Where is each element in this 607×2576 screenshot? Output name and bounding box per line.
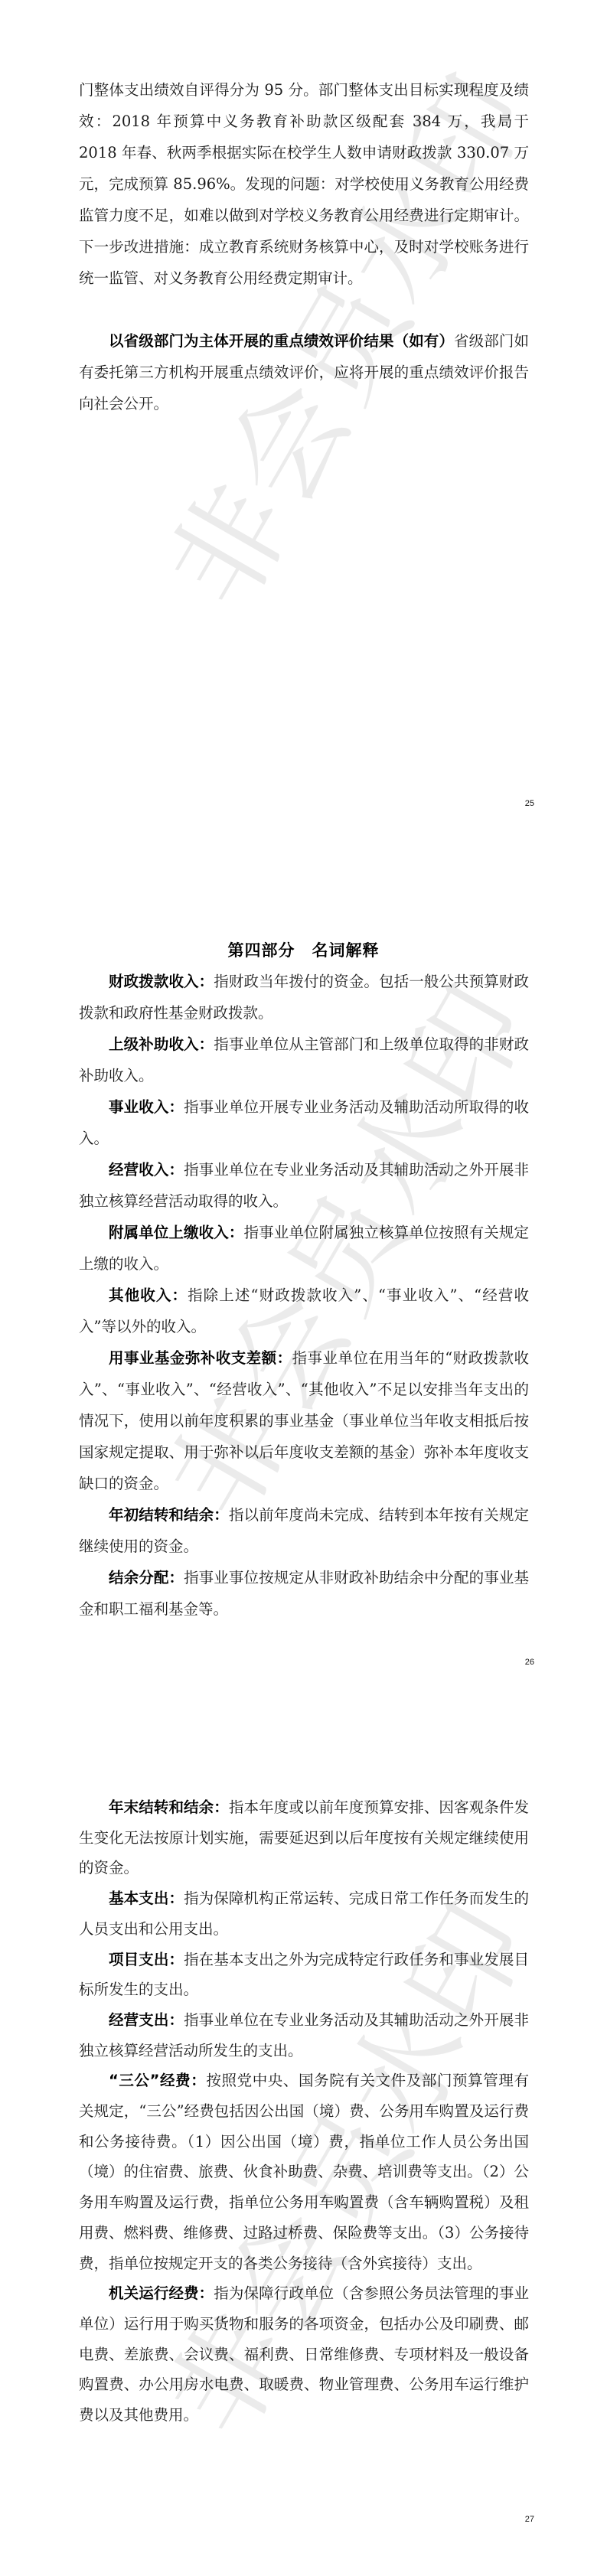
glossary-term: 结余分配： bbox=[109, 1569, 184, 1586]
glossary-term: 经营收入： bbox=[109, 1161, 184, 1179]
paragraph-key-evaluation: 以省级部门为主体开展的重点绩效评价结果（如有）省级部门如有委托第三方机构开展重点… bbox=[79, 325, 529, 419]
glossary-item: 项目支出：指在基本支出之外为完成特定行政任务和事业发展目标所发生的支出。 bbox=[79, 1945, 529, 2005]
page-number: 26 bbox=[511, 1658, 534, 1667]
glossary-term: 财政拨款收入： bbox=[109, 973, 214, 990]
glossary-list: 财政拨款收入：指财政当年拨付的资金。包括一般公共预算财政拨款和政府性基金财政拨款… bbox=[79, 966, 529, 1625]
glossary-term: 经营支出： bbox=[109, 2011, 184, 2029]
paragraph-performance-summary: 门整体支出绩效自评得分为 95 分。部门整体支出目标实现程度及绩效：2018 年… bbox=[79, 74, 529, 294]
glossary-item: 年初结转和结余：指以前年度尚未完成、结转到本年按有关规定继续使用的资金。 bbox=[79, 1499, 529, 1562]
page-number: 25 bbox=[511, 799, 534, 808]
glossary-item: 基本支出：指为保障机构正常运转、完成日常工作任务而发生的人员支出和公用支出。 bbox=[79, 1883, 529, 1944]
glossary-item: 用事业基金弥补收支差额：指事业单位在用当年的“财政拨款收入”、“事业收入”、“经… bbox=[79, 1342, 529, 1499]
page-27: 年末结转和结余：指本年度或以前年度预算安排、因客观条件发生变化无法按原计划实施，… bbox=[0, 1691, 607, 2576]
glossary-term: 年末结转和结余： bbox=[109, 1798, 229, 1816]
glossary-term: 基本支出： bbox=[109, 1890, 184, 1907]
glossary-term: 年初结转和结余： bbox=[109, 1506, 229, 1524]
glossary-item: 机关运行经费：指为保障行政单位（含参照公务员法管理的事业单位）运行用于购买货物和… bbox=[79, 2278, 529, 2431]
glossary-term: “三公”经费： bbox=[109, 2072, 206, 2089]
glossary-list-continued: 年末结转和结余：指本年度或以前年度预算安排、因客观条件发生变化无法按原计划实施，… bbox=[79, 1792, 529, 2431]
page-25-body: 门整体支出绩效自评得分为 95 分。部门整体支出目标实现程度及绩效：2018 年… bbox=[79, 74, 529, 419]
glossary-item: 结余分配：指事业事位按规定从非财政补助结余中分配的事业基金和职工福利基金等。 bbox=[79, 1562, 529, 1625]
section-heading: 以省级部门为主体开展的重点绩效评价结果（如有） bbox=[109, 332, 454, 350]
glossary-item: “三公”经费：按照党中央、国务院有关文件及部门预算管理有关规定，“三公”经费包括… bbox=[79, 2066, 529, 2278]
page-26: 第四部分 名词解释 财政拨款收入：指财政当年拨付的资金。包括一般公共预算财政拨款… bbox=[0, 842, 607, 1691]
glossary-term: 上级补助收入： bbox=[109, 1035, 214, 1053]
glossary-item: 其他收入：指除上述“财政拨款收入”、“事业收入”、“经营收入”等以外的收入。 bbox=[79, 1280, 529, 1342]
paragraph-text: 门整体支出绩效自评得分为 95 分。部门整体支出目标实现程度及绩效：2018 年… bbox=[79, 81, 529, 287]
glossary-item: 附属单位上缴收入：指事业单位附属独立核算单位按照有关规定上缴的收入。 bbox=[79, 1217, 529, 1280]
glossary-definition: 指事业单位在用当年的“财政拨款收入”、“事业收入”、“经营收入”、“其他收入”不… bbox=[79, 1349, 529, 1492]
glossary-item: 年末结转和结余：指本年度或以前年度预算安排、因客观条件发生变化无法按原计划实施，… bbox=[79, 1792, 529, 1883]
page-25: 门整体支出绩效自评得分为 95 分。部门整体支出目标实现程度及绩效：2018 年… bbox=[0, 0, 607, 842]
glossary-definition: 指为保障行政单位（含参照公务员法管理的事业单位）运行用于购买货物和服务的各项资金… bbox=[79, 2284, 529, 2424]
glossary-term: 附属单位上缴收入： bbox=[109, 1224, 244, 1241]
glossary-item: 经营支出：指事业单位在专业业务活动及其辅助活动之外开展非独立核算经营活动所发生的… bbox=[79, 2005, 529, 2066]
section-title: 第四部分 名词解释 bbox=[0, 938, 607, 961]
glossary-term: 用事业基金弥补收支差额： bbox=[109, 1349, 292, 1367]
glossary-term: 项目支出： bbox=[109, 1951, 184, 1968]
page-number: 27 bbox=[511, 2515, 534, 2524]
glossary-item: 上级补助收入：指事业单位从主管部门和上级单位取得的非财政补助收入。 bbox=[79, 1029, 529, 1091]
glossary-term: 其他收入： bbox=[109, 1286, 188, 1304]
glossary-term: 事业收入： bbox=[109, 1098, 184, 1116]
glossary-item: 经营收入：指事业单位在专业业务活动及其辅助活动之外开展非独立核算经营活动取得的收… bbox=[79, 1154, 529, 1217]
glossary-item: 事业收入：指事业单位开展专业业务活动及辅助活动所取得的收入。 bbox=[79, 1091, 529, 1154]
glossary-term: 机关运行经费： bbox=[109, 2284, 214, 2302]
glossary-definition: 按照党中央、国务院有关文件及部门预算管理有关规定，“三公”经费包括因公出国（境）… bbox=[79, 2072, 529, 2271]
glossary-item: 财政拨款收入：指财政当年拨付的资金。包括一般公共预算财政拨款和政府性基金财政拨款… bbox=[79, 966, 529, 1029]
